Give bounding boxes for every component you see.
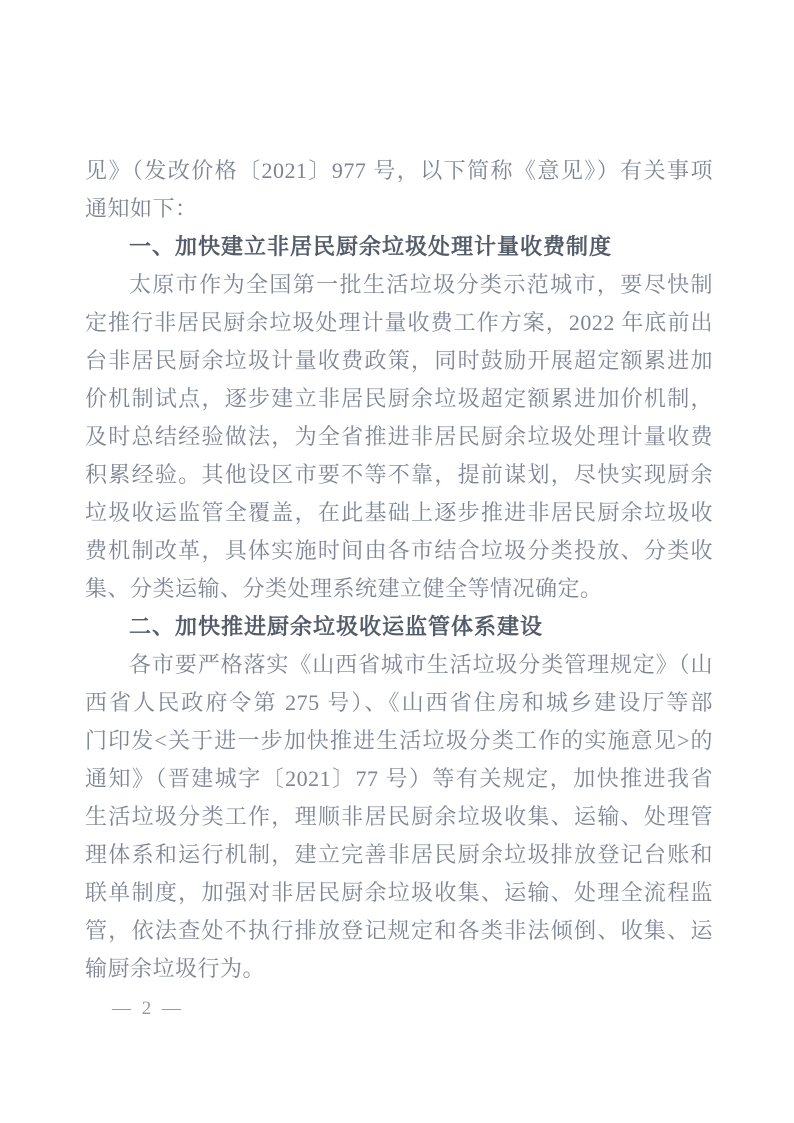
text-line: 理体系和运行机制，建立完善非居民厨余垃圾排放登记台账和 xyxy=(85,836,713,874)
text-line: 太原市作为全国第一批生活垃圾分类示范城市，要尽快制 xyxy=(85,266,713,304)
text-line: 管，依法查处不执行排放登记规定和各类非法倾倒、收集、运 xyxy=(85,912,713,950)
text-line: 积累经验。其他设区市要不等不靠，提前谋划，尽快实现厨余 xyxy=(85,456,713,494)
text-line: 价机制试点，逐步建立非居民厨余垃圾超定额累进加价机制， xyxy=(85,380,713,418)
text-line: 定推行非居民厨余垃圾处理计量收费工作方案，2022 年底前出 xyxy=(85,304,713,342)
text-line: 集、分类运输、分类处理系统建立健全等情况确定。 xyxy=(85,570,713,608)
text-line: 二、加快推进厨余垃圾收运监管体系建设 xyxy=(85,608,713,646)
text-line: 一、加快建立非居民厨余垃圾处理计量收费制度 xyxy=(85,228,713,266)
text-line: 及时总结经验做法，为全省推进非居民厨余垃圾处理计量收费 xyxy=(85,418,713,456)
text-line: 输厨余垃圾行为。 xyxy=(85,950,713,988)
text-line: 西省人民政府令第 275 号）、《山西省住房和城乡建设厅等部 xyxy=(85,684,713,722)
text-line: 垃圾收运监管全覆盖，在此基础上逐步推进非居民厨余垃圾收 xyxy=(85,494,713,532)
page-number: — 2 — xyxy=(112,998,184,1020)
text-line: 各市要严格落实《山西省城市生活垃圾分类管理规定》（山 xyxy=(85,646,713,684)
text-line: 通知》（晋建城字〔2021〕77 号）等有关规定，加快推进我省 xyxy=(85,760,713,798)
document-body: 见》（发改价格〔2021〕977 号，以下简称《意见》）有关事项 通知如下： 一… xyxy=(85,152,713,988)
text-line: 见》（发改价格〔2021〕977 号，以下简称《意见》）有关事项 xyxy=(85,152,713,190)
text-line: 费机制改革，具体实施时间由各市结合垃圾分类投放、分类收 xyxy=(85,532,713,570)
text-line: 通知如下： xyxy=(85,190,713,228)
document-page: 见》（发改价格〔2021〕977 号，以下简称《意见》）有关事项 通知如下： 一… xyxy=(0,0,794,1123)
text-line: 门印发<关于进一步加快推进生活垃圾分类工作的实施意见>的 xyxy=(85,722,713,760)
text-line: 联单制度，加强对非居民厨余垃圾收集、运输、处理全流程监 xyxy=(85,874,713,912)
text-line: 生活垃圾分类工作，理顺非居民厨余垃圾收集、运输、处理管 xyxy=(85,798,713,836)
text-line: 台非居民厨余垃圾计量收费政策，同时鼓励开展超定额累进加 xyxy=(85,342,713,380)
